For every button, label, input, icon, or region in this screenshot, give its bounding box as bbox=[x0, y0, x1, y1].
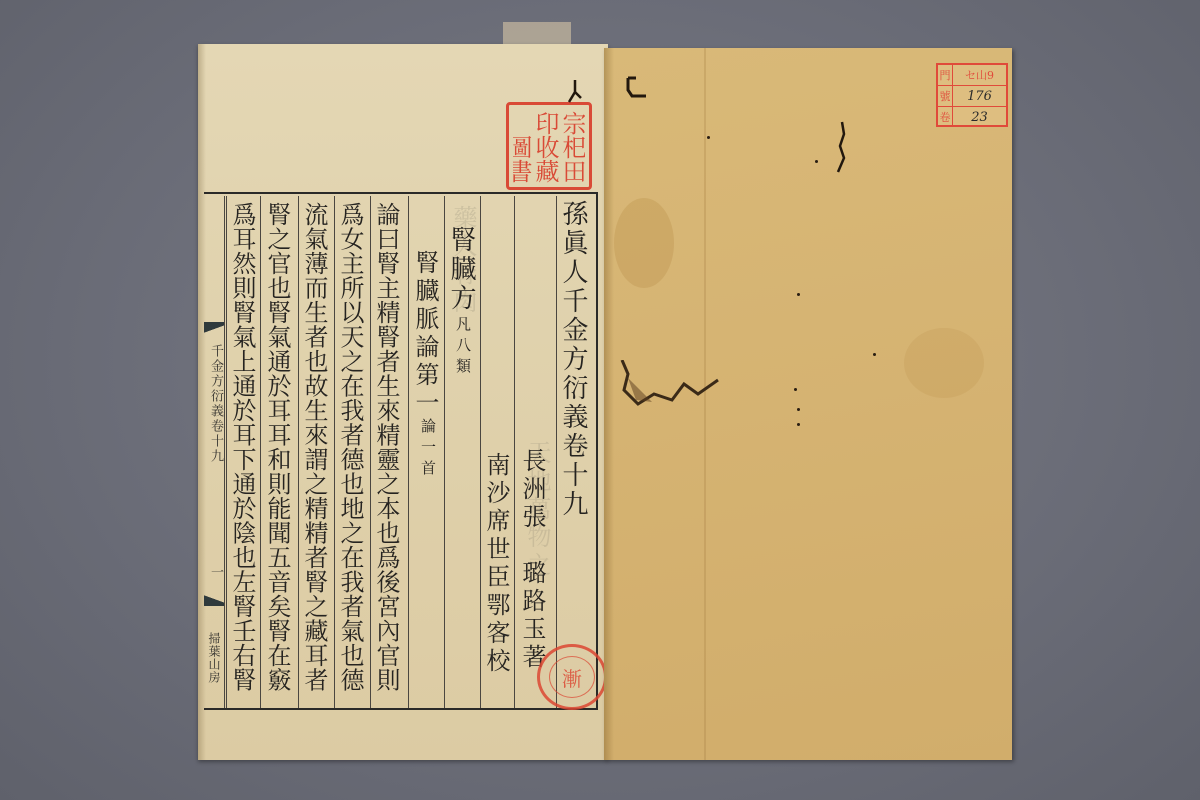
spine-shadow bbox=[604, 48, 614, 760]
column-rule bbox=[334, 196, 335, 708]
catalog-value: 176 bbox=[953, 89, 1006, 104]
round-seal-char: 漸 bbox=[540, 663, 604, 692]
column-rule bbox=[444, 196, 445, 708]
margin-publisher: 掃葉山房 bbox=[206, 632, 223, 684]
margin-book-title: 千金方衍義卷十九 bbox=[206, 344, 225, 464]
wormhole-mark bbox=[832, 120, 852, 180]
catalog-value: セ山9 bbox=[953, 67, 1006, 83]
catalog-row: 卷 23 bbox=[938, 107, 1006, 127]
author-line: 長洲張 璐路玉著 bbox=[520, 448, 544, 672]
wormhole-dot bbox=[797, 423, 800, 426]
subsection-note: 論一首 bbox=[420, 418, 435, 481]
wormhole-dot bbox=[815, 160, 818, 163]
catalog-value: 23 bbox=[953, 110, 1006, 125]
square-collector-seal: 宗𣏌田印收藏圖書 bbox=[506, 102, 592, 190]
wormhole-mark bbox=[565, 78, 585, 108]
column-rule bbox=[370, 196, 371, 708]
section-heading: 腎臓方 bbox=[448, 226, 474, 313]
body-column-4: 腎之官也腎氣通於耳耳和則能聞五音矣腎在竅 bbox=[265, 202, 289, 692]
wormhole-mark bbox=[624, 74, 652, 104]
seal-text: 宗𣏌田印收藏圖書 bbox=[513, 109, 585, 183]
wormhole-dot bbox=[797, 293, 800, 296]
stain bbox=[904, 328, 984, 398]
stain bbox=[614, 198, 674, 288]
wormhole-dot bbox=[707, 136, 710, 139]
lower-fishtail-mark bbox=[204, 592, 224, 606]
library-catalog-label: 門 セ山9 號 176 卷 23 bbox=[936, 63, 1008, 127]
column-rule bbox=[408, 196, 409, 708]
catalog-row: 號 176 bbox=[938, 86, 1006, 107]
body-column-5: 爲耳然則腎氣上通於耳下通於陰也左腎壬右腎 bbox=[230, 202, 254, 692]
body-column-3: 流氣薄而生者也故生來謂之精精者腎之藏耳者 bbox=[302, 202, 326, 692]
paper-tear bbox=[614, 360, 724, 410]
column-rule bbox=[556, 196, 557, 708]
wormhole-dot bbox=[794, 388, 797, 391]
body-column-1: 論曰腎主精腎者生來精靈之本也爲後宮內官則 bbox=[374, 202, 398, 692]
section-note: 凡八類 bbox=[455, 316, 470, 379]
column-rule bbox=[226, 196, 227, 708]
catalog-key: 卷 bbox=[938, 107, 953, 127]
round-seal: 漸 bbox=[537, 644, 607, 710]
margin-page-number: 一 bbox=[206, 565, 225, 580]
volume-title: 孫眞人千金方衍義卷十九 bbox=[560, 200, 586, 519]
subsection-heading: 腎臓脈論第一 bbox=[413, 250, 437, 418]
column-rule bbox=[298, 196, 299, 708]
wormhole-dot bbox=[797, 408, 800, 411]
catalog-key: 號 bbox=[938, 86, 953, 106]
catalog-row: 門 セ山9 bbox=[938, 65, 1006, 86]
body-column-2: 爲女主所以天之在我者德也地之在我者氣也德 bbox=[338, 202, 362, 692]
upper-fishtail-mark bbox=[204, 322, 224, 336]
wormhole-dot bbox=[873, 353, 876, 356]
column-rule bbox=[514, 196, 515, 708]
proofreader-line: 南沙席世臣鄂客校 bbox=[484, 452, 508, 676]
catalog-key: 門 bbox=[938, 65, 953, 85]
column-rule bbox=[260, 196, 261, 708]
